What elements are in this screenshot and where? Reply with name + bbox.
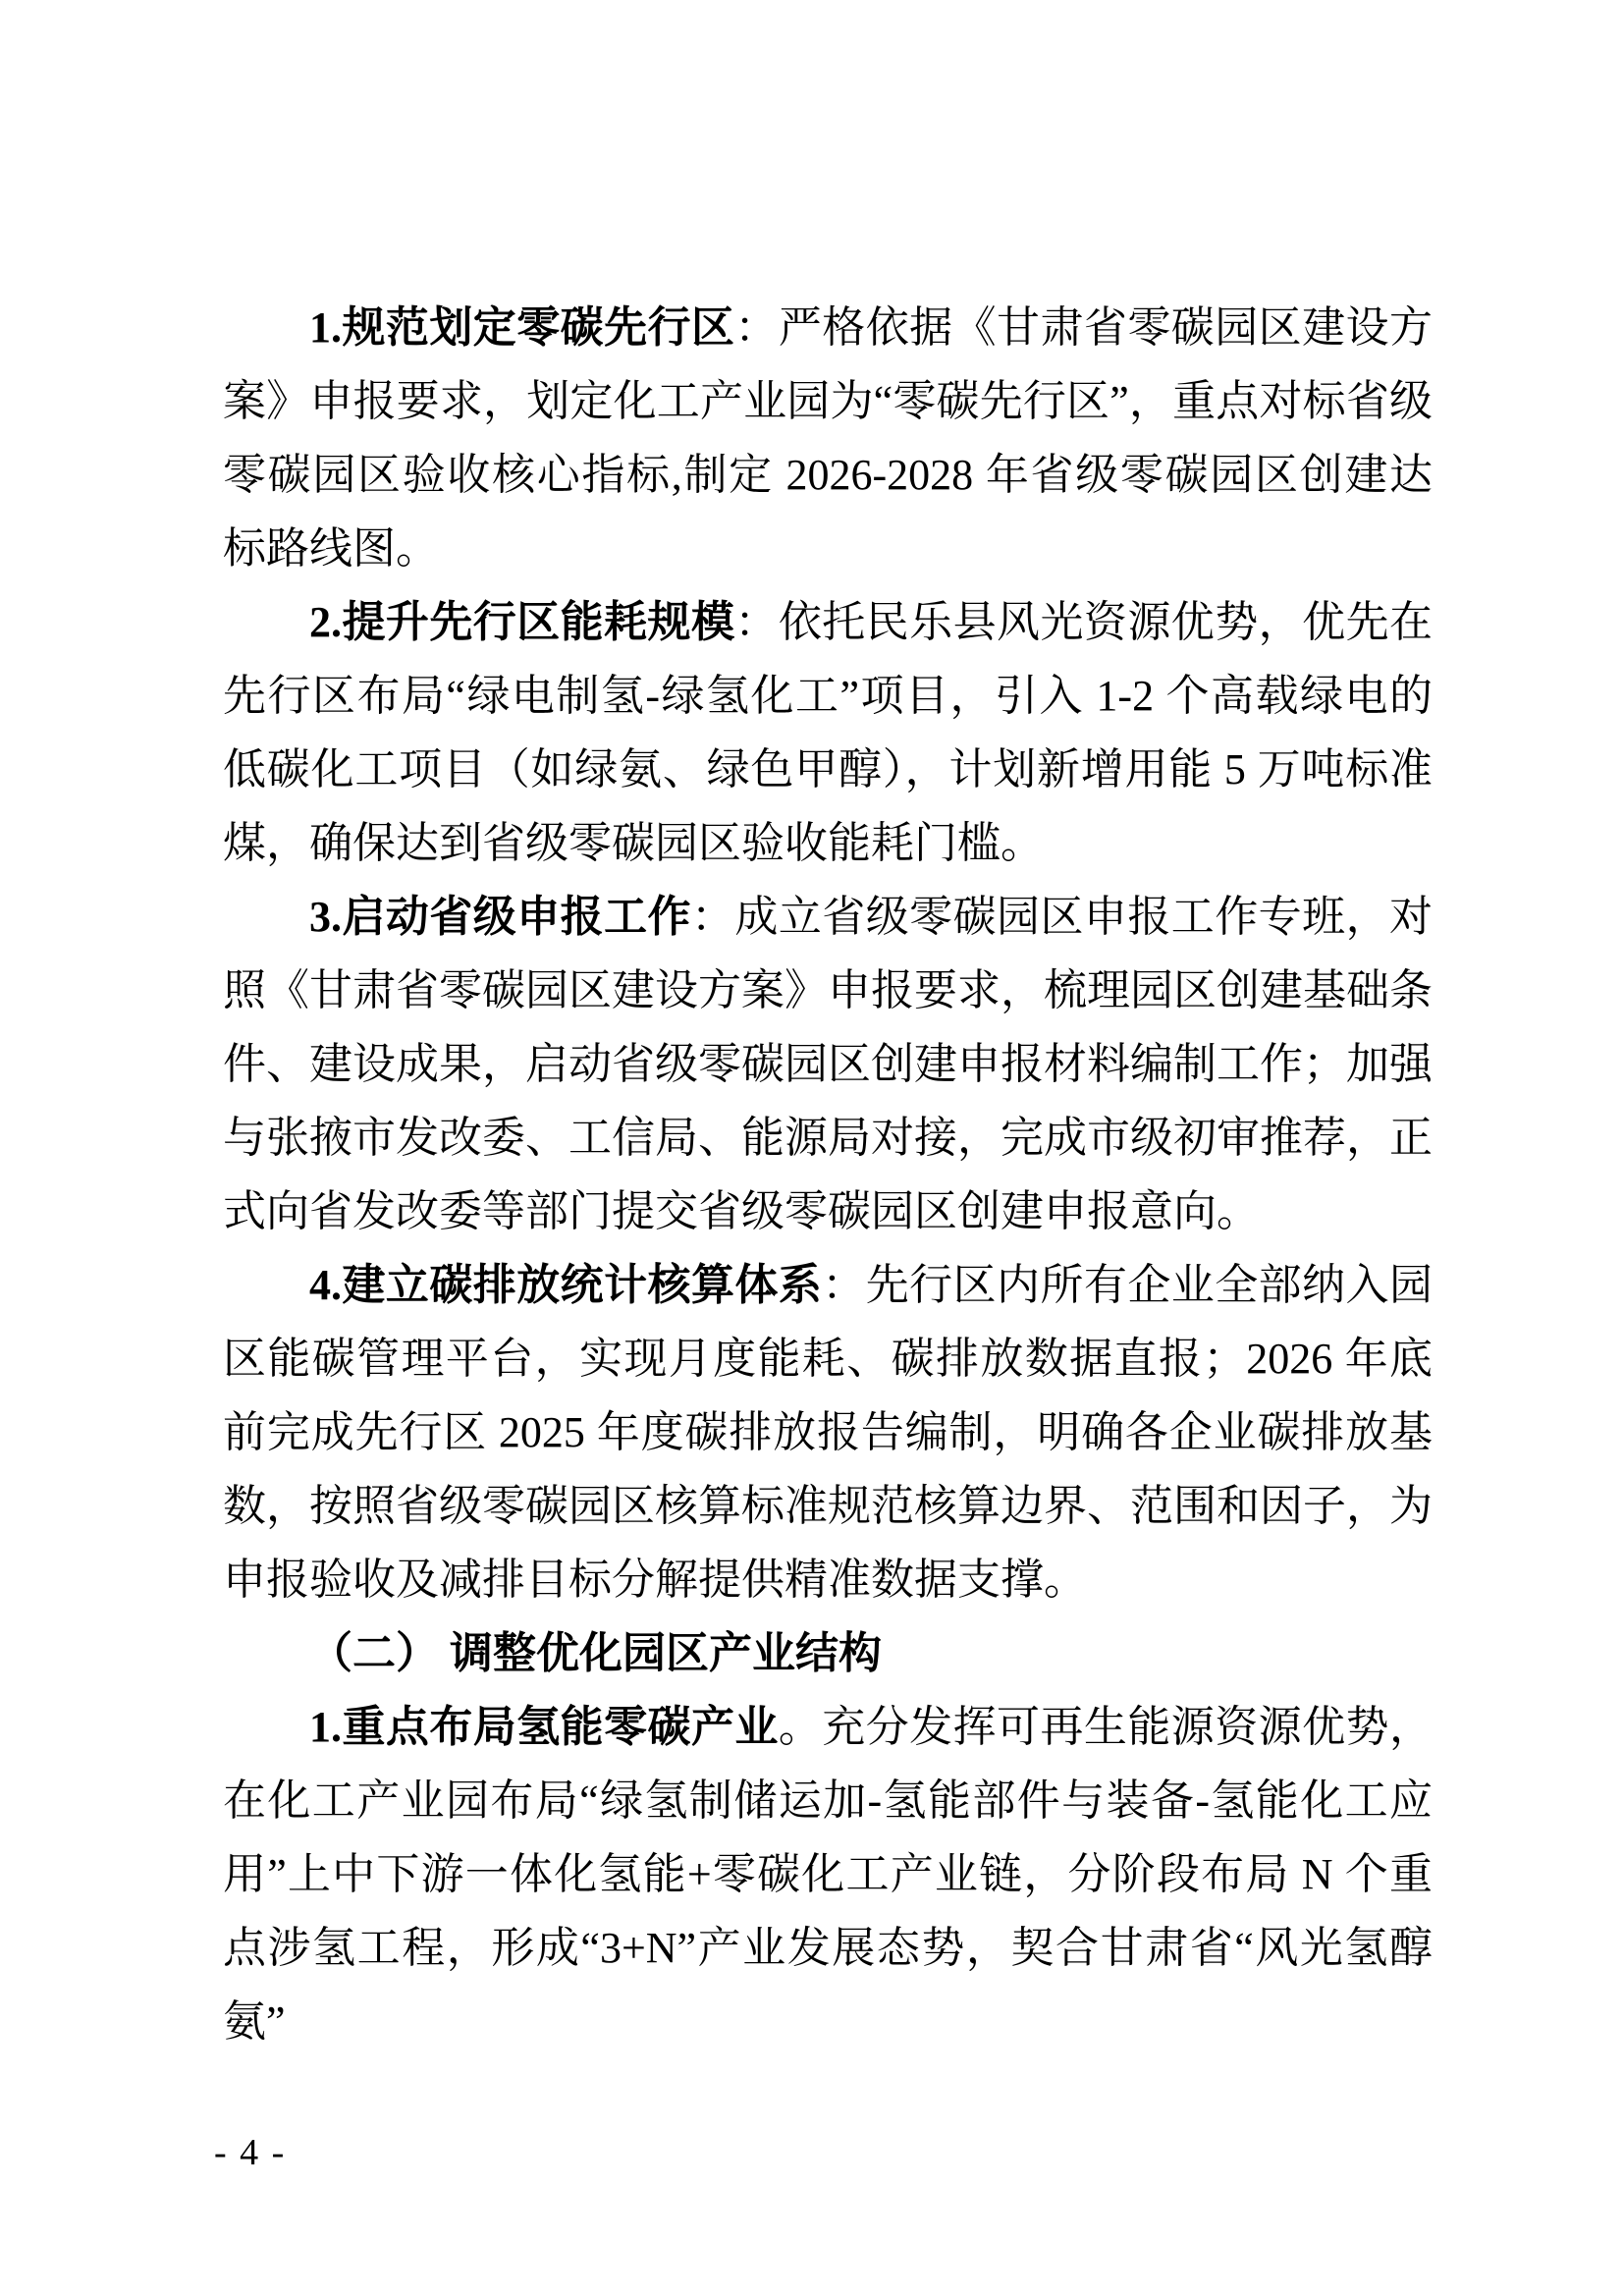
paragraph-5-lead: 1.重点布局氢能零碳产业 (309, 1703, 779, 1751)
paragraph-4: 4.建立碳排放统计核算体系：先行区内所有企业全部纳入园区能碳管理平台，实现月度能… (223, 1248, 1433, 1616)
paragraph-4-lead: 4.建立碳排放统计核算体系 (309, 1261, 822, 1309)
paragraph-3-text: ：成立省级零碳园区申报工作专班，对照《甘肃省零碳园区建设方案》申报要求，梳理园区… (223, 893, 1433, 1235)
paragraph-1: 1.规范划定零碳先行区：严格依据《甘肃省零碳园区建设方案》申报要求，划定化工产业… (223, 291, 1433, 585)
section-heading: （二） 调整优化园区产业结构 (223, 1616, 1433, 1690)
paragraph-3-lead: 3.启动省级申报工作 (309, 893, 691, 941)
paragraph-5-text: 。充分发挥可再生能源资源优势，在化工产业园布局“绿氢制储运加-氢能部件与装备-氢… (223, 1703, 1433, 2046)
paragraph-3: 3.启动省级申报工作：成立省级零碳园区申报工作专班，对照《甘肃省零碳园区建设方案… (223, 880, 1433, 1248)
document-page: 1.规范划定零碳先行区：严格依据《甘肃省零碳园区建设方案》申报要求，划定化工产业… (0, 0, 1623, 2296)
page-number: - 4 - (214, 2133, 286, 2174)
paragraph-2-lead: 2.提升先行区能耗规模 (309, 598, 734, 646)
paragraph-5: 1.重点布局氢能零碳产业。充分发挥可再生能源资源优势，在化工产业园布局“绿氢制储… (223, 1690, 1433, 2058)
paragraph-1-lead: 1.规范划定零碳先行区 (309, 303, 734, 352)
paragraph-2: 2.提升先行区能耗规模：依托民乐县风光资源优势，优先在先行区布局“绿电制氢-绿氢… (223, 585, 1433, 880)
paragraph-4-text: ：先行区内所有企业全部纳入园区能碳管理平台，实现月度能耗、碳排放数据直报；202… (223, 1261, 1433, 1604)
document-body: 1.规范划定零碳先行区：严格依据《甘肃省零碳园区建设方案》申报要求，划定化工产业… (223, 291, 1433, 2058)
